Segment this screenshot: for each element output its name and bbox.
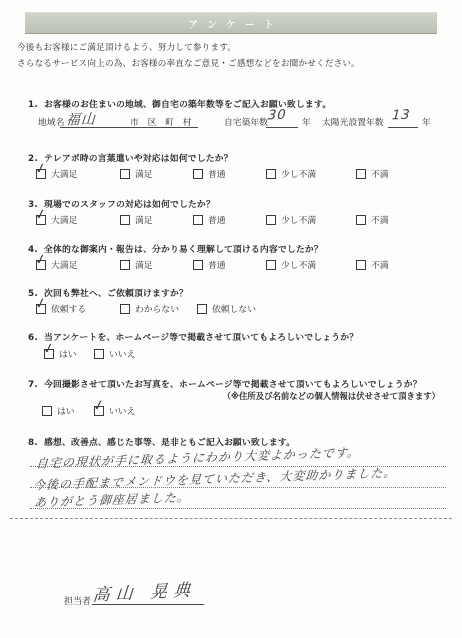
question-7: 7.今回撮影させて頂いたお写真を、ホームページ等で掲載させて頂いてもよろしいでし… <box>28 377 422 390</box>
q3-option-label-4: 不満 <box>371 213 389 226</box>
q4-checkbox-3 <box>266 260 276 270</box>
intro-line-2: さらなるサービス向上の為、お客様の率直なご意見・ご感想などをお聞かせください。 <box>17 57 360 69</box>
q2-checkbox-2 <box>193 169 203 179</box>
q6-checkbox-0 <box>44 349 54 359</box>
question-1-fields: 地域名 福山 市 区 町 村 自宅築年数 30 年 太陽光設置年数 13 年 <box>0 111 462 129</box>
q4-checkbox-4 <box>356 260 366 270</box>
question-4: 4.全体的な御案内・報告は、分かり易く理解して頂ける内容でしたか？ <box>28 242 323 255</box>
q5-checkbox-2 <box>197 304 207 314</box>
q3-checkbox-4 <box>356 215 366 225</box>
question-7-text: 今回撮影させて頂いたお写真を、ホームページ等で掲載させて頂いてもよろしいでしょう… <box>44 380 422 390</box>
q4-option-label-1: 満足 <box>135 258 153 271</box>
question-1-number: 1. <box>28 100 44 110</box>
q2-checkbox-0 <box>36 169 46 179</box>
question-6-text: 当アンケートを、ホームページ等で掲載させて頂いてもよろしいでしょうか？ <box>44 333 358 343</box>
q3-checkbox-2 <box>193 215 203 225</box>
q2-checkbox-4 <box>356 169 366 179</box>
q8-rule-2 <box>30 486 446 488</box>
q4-checkbox-2 <box>193 260 203 270</box>
q4-option-label-2: 普通 <box>208 258 226 271</box>
q7-option-label-1: いいえ <box>109 404 135 417</box>
q6-option-label-1: いいえ <box>109 347 135 360</box>
q4-checkbox-1 <box>120 260 130 270</box>
question-7-privacy-note: （※住所及び名前などの個人情報は伏せさせて頂きます） <box>222 390 440 402</box>
question-2-options: 大満足 満足 普通 少し不満 不満 <box>0 167 462 181</box>
q2-option-label-3: 少し不満 <box>281 167 316 180</box>
survey-document: アンケート 今後もお客様にご満足頂けるよう、努力して参ります。 さらなるサービス… <box>0 0 462 638</box>
question-5: 5.次回も弊社へ、ご依頼頂けますか？ <box>28 286 188 299</box>
q3-option-label-3: 少し不満 <box>281 213 316 226</box>
q3-option-label-1: 満足 <box>135 213 153 226</box>
question-7-options: はい いいえ <box>0 404 462 418</box>
question-3: 3.現場でのスタッフの対応は如何でしたか？ <box>28 197 215 210</box>
question-5-text: 次回も弊社へ、ご依頼頂けますか？ <box>44 289 188 299</box>
q2-checkbox-3 <box>266 169 276 179</box>
question-5-options: 依頼する わからない 依頼しない <box>0 302 462 316</box>
question-4-options: 大満足 満足 普通 少し不満 不満 <box>0 258 462 272</box>
q2-option-label-4: 不満 <box>371 167 389 180</box>
q3-checkbox-1 <box>120 215 130 225</box>
solar-years-value-handwritten: 13 <box>391 108 411 124</box>
intro-line-1: 今後もお客様にご満足頂けるよう、努力して参ります。 <box>17 41 236 53</box>
q2-checkbox-1 <box>120 169 130 179</box>
q5-checkbox-0 <box>36 304 46 314</box>
q6-checkbox-1 <box>94 349 104 359</box>
bottom-separator <box>10 517 452 519</box>
question-3-text: 現場でのスタッフの対応は如何でしたか？ <box>44 200 215 210</box>
q2-option-label-0: 大満足 <box>51 167 77 180</box>
question-8-number: 8. <box>28 438 44 448</box>
q6-option-label-0: はい <box>59 347 77 360</box>
q4-option-label-4: 不満 <box>371 258 389 271</box>
region-units: 市 区 町 村 <box>130 115 195 128</box>
q7-option-label-0: はい <box>57 404 75 417</box>
q5-option-label-2: 依頼しない <box>212 302 256 315</box>
q3-option-label-0: 大満足 <box>51 213 77 226</box>
region-value-handwritten: 福山 <box>65 108 96 129</box>
q4-checkbox-0 <box>36 260 46 270</box>
header-bar: アンケート <box>25 12 437 34</box>
q4-option-label-3: 少し不満 <box>281 258 316 271</box>
q7-checkbox-1 <box>94 406 104 416</box>
q8-rule-3 <box>30 507 446 509</box>
q5-option-label-1: わからない <box>135 302 179 315</box>
page-title: アンケート <box>179 16 282 31</box>
house-age-label: 自宅築年数 <box>224 115 268 128</box>
q3-checkbox-3 <box>266 215 276 225</box>
question-2-text: テレアポ時の言葉遣いや対応は如何でしたか？ <box>44 154 233 164</box>
question-7-number: 7. <box>28 380 44 390</box>
question-6-options: はい いいえ <box>0 347 462 361</box>
solar-years-unit: 年 <box>422 115 431 128</box>
staff-label: 担当者 <box>64 594 91 607</box>
question-4-text: 全体的な御案内・報告は、分かり易く理解して頂ける内容でしたか？ <box>44 245 323 255</box>
q5-checkbox-1 <box>120 304 130 314</box>
q2-option-label-2: 普通 <box>208 167 226 180</box>
solar-years-label: 太陽光設置年数 <box>322 115 384 128</box>
house-age-unit: 年 <box>302 115 311 128</box>
q3-checkbox-0 <box>36 215 46 225</box>
q5-option-label-0: 依頼する <box>51 302 86 315</box>
q2-option-label-1: 満足 <box>135 167 153 180</box>
house-age-value-handwritten: 30 <box>267 108 287 124</box>
question-2: 2.テレアポ時の言葉遣いや対応は如何でしたか？ <box>28 151 233 164</box>
question-6: 6.当アンケートを、ホームページ等で掲載させて頂いてもよろしいでしょうか？ <box>28 330 358 343</box>
q7-checkbox-0 <box>42 406 52 416</box>
q3-option-label-2: 普通 <box>208 213 226 226</box>
q4-option-label-0: 大満足 <box>51 258 77 271</box>
question-3-options: 大満足 満足 普通 少し不満 不満 <box>0 213 462 227</box>
